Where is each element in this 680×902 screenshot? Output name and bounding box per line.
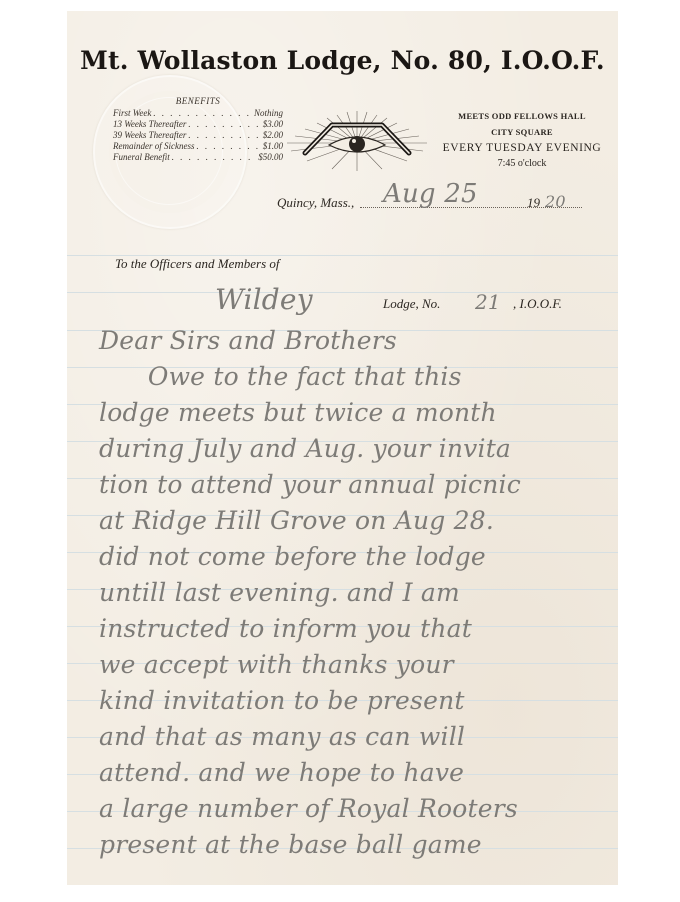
- benefits-row: 39 Weeks Thereafter . . . . . . . . . . …: [113, 130, 283, 141]
- leader-dots: . . . . . . . . . . . . .: [153, 108, 252, 119]
- letter-line: kind invitation to be present: [99, 683, 618, 719]
- letter-line: at Ridge Hill Grove on Aug 28.: [99, 503, 618, 539]
- addressee-lodge-line: Wildey Lodge, No. 21 , I.O.O.F.: [115, 283, 605, 319]
- leader-dots: . . . . . . . . . . . . .: [188, 119, 260, 130]
- benefit-label: First Week: [113, 108, 151, 119]
- benefits-table: BENEFITS First Week . . . . . . . . . . …: [113, 96, 283, 163]
- meeting-day: EVERY TUESDAY EVENING: [427, 140, 617, 156]
- letterhead-title: Mt. Wollaston Lodge, No. 80, I.O.O.F.: [67, 46, 618, 75]
- leader-dots: . . . . . . . . . . . . .: [196, 141, 260, 152]
- meeting-info: MEETS ODD FELLOWS HALL CITY SQUARE EVERY…: [427, 108, 617, 172]
- order-suffix: , I.O.O.F.: [513, 296, 562, 312]
- benefits-row: 13 Weeks Thereafter . . . . . . . . . . …: [113, 119, 283, 130]
- benefits-heading: BENEFITS: [113, 96, 283, 107]
- letter-line: attend. and we hope to have: [99, 755, 618, 791]
- letter-line: untill last evening. and I am: [99, 575, 618, 611]
- letter-line: did not come before the lodge: [99, 539, 618, 575]
- letter-body: Dear Sirs and Brothers Owe to the fact t…: [99, 323, 618, 863]
- letter-line: Owe to the fact that this: [99, 359, 618, 395]
- dateline: Quincy, Mass., Aug 25 19 20: [277, 183, 597, 213]
- handwritten-year-suffix: 20: [545, 192, 566, 211]
- leader-dots: . . . . . . . . . . . . .: [172, 152, 257, 163]
- benefits-row: Remainder of Sickness . . . . . . . . . …: [113, 141, 283, 152]
- letter-line: and that as many as can will: [99, 719, 618, 755]
- letter-line: we accept with thanks your: [99, 647, 618, 683]
- benefit-label: Funeral Benefit: [113, 152, 170, 163]
- benefit-label: Remainder of Sickness: [113, 141, 194, 152]
- letter-paper: Mt. Wollaston Lodge, No. 80, I.O.O.F. BE…: [67, 11, 618, 885]
- letter-line: Dear Sirs and Brothers: [99, 323, 618, 359]
- handwritten-lodge-name: Wildey: [215, 283, 313, 316]
- salutation-printed: To the Officers and Members of: [115, 256, 280, 272]
- letter-line: tion to attend your annual picnic: [99, 467, 618, 503]
- letter-line: lodge meets but twice a month: [99, 395, 618, 431]
- letter-line: during July and Aug. your invita: [99, 431, 618, 467]
- printed-year-prefix: 19: [527, 195, 540, 211]
- letter-line: instructed to inform you that: [99, 611, 618, 647]
- all-seeing-eye-icon: [277, 109, 437, 173]
- meeting-location: MEETS ODD FELLOWS HALL: [427, 108, 617, 124]
- meeting-time: 7:45 o'clock: [427, 156, 617, 172]
- letter-line: present at the base ball game: [99, 827, 618, 863]
- letter-line: a large number of Royal Rooters: [99, 791, 618, 827]
- dateline-place: Quincy, Mass.,: [277, 195, 354, 211]
- leader-dots: . . . . . . . . . . . . .: [188, 130, 260, 141]
- handwritten-date: Aug 25: [383, 179, 478, 209]
- benefit-label: 13 Weeks Thereafter: [113, 119, 186, 130]
- lodge-number-label: Lodge, No.: [383, 296, 440, 312]
- benefits-row: Funeral Benefit . . . . . . . . . . . . …: [113, 152, 283, 163]
- handwritten-lodge-number: 21: [475, 290, 501, 314]
- benefits-row: First Week . . . . . . . . . . . . . Not…: [113, 108, 283, 119]
- benefit-label: 39 Weeks Thereafter: [113, 130, 186, 141]
- meeting-square: CITY SQUARE: [427, 124, 617, 140]
